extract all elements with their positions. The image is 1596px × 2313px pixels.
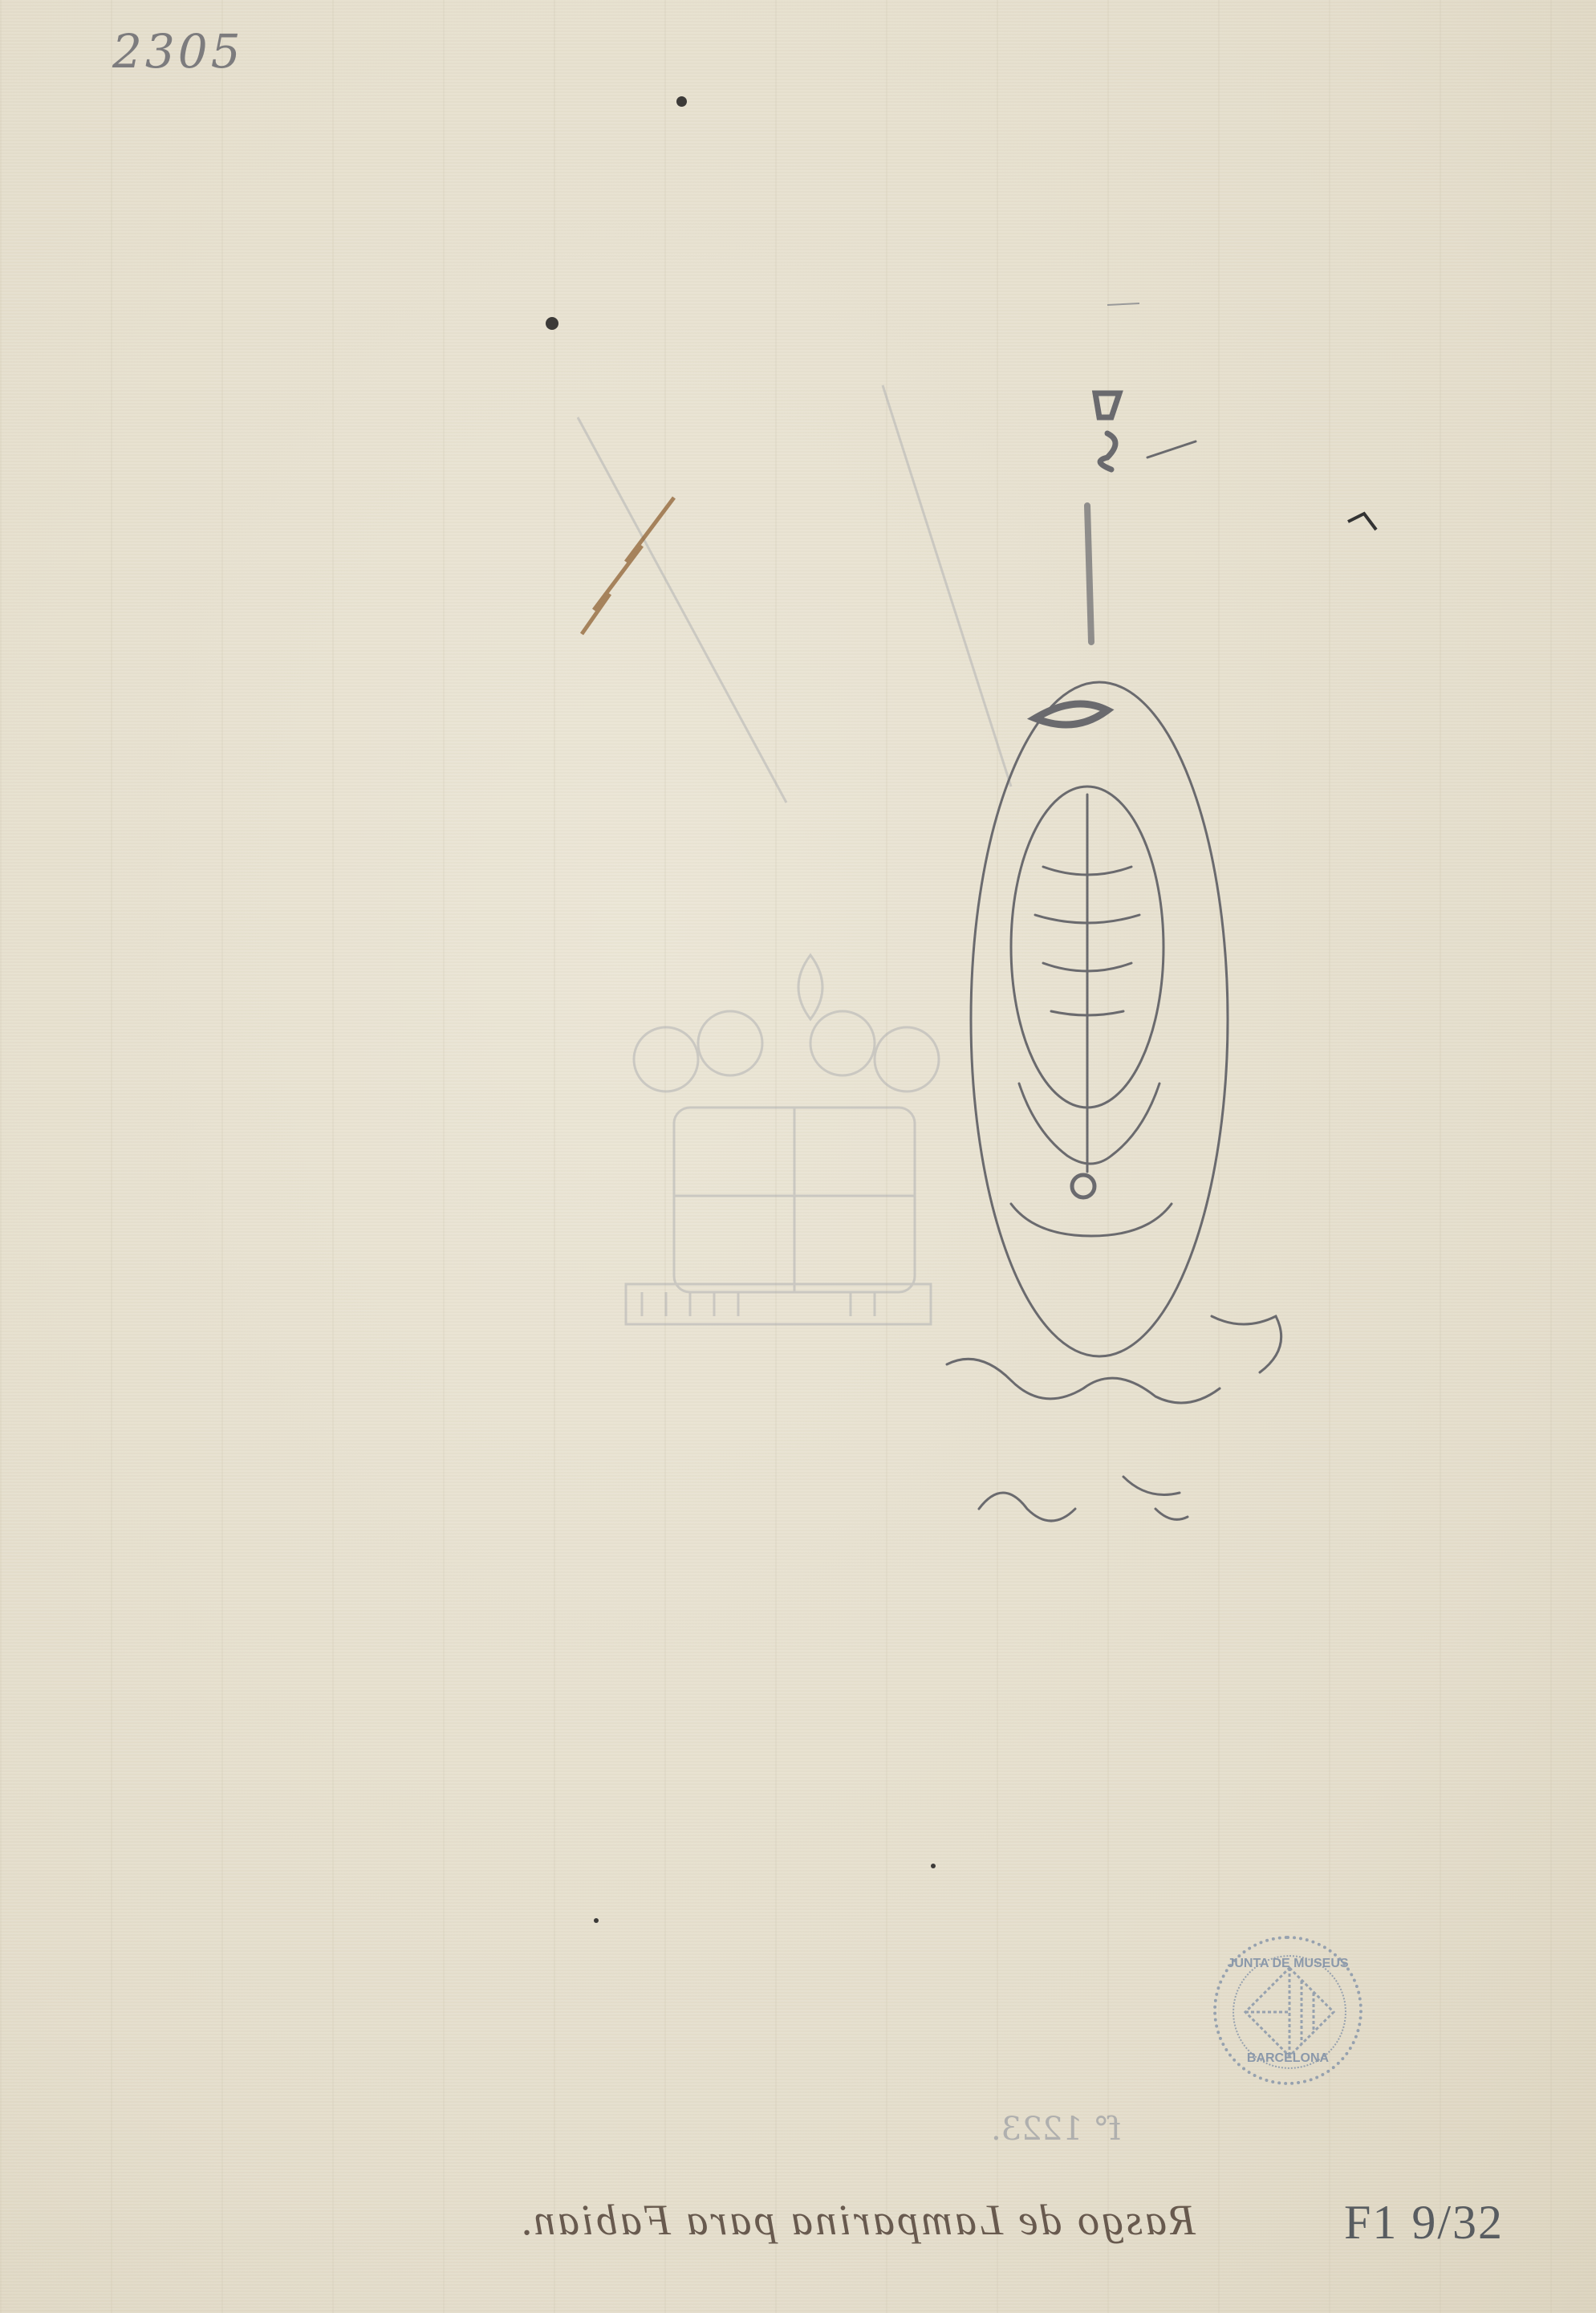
mirrored-ink-inscription: Rasgo de Lamparina para Fabian.	[345, 2195, 1196, 2245]
inventory-number: 2305	[112, 24, 244, 79]
ink-speck	[931, 1864, 936, 1868]
show-through-coat-of-arms	[578, 385, 1011, 1324]
ink-speck	[594, 1918, 599, 1923]
mark	[1107, 303, 1139, 305]
ink-speck	[546, 317, 558, 330]
pendant-sketch	[947, 393, 1281, 1521]
mark	[1348, 514, 1376, 530]
catalog-reference: F1 9/32	[1344, 2195, 1504, 2250]
stamp-top-text: JUNTA DE MUSEUS	[1216, 1957, 1359, 1971]
faint-mirrored-number: f° 1223.	[991, 2111, 1121, 2148]
stamp-bottom-text: BARCELONA	[1216, 2051, 1359, 2066]
archive-stamp: JUNTA DE MUSEUS BARCELONA	[1213, 1936, 1362, 2085]
sienna-smudge	[582, 498, 674, 634]
ink-speck	[676, 96, 687, 107]
